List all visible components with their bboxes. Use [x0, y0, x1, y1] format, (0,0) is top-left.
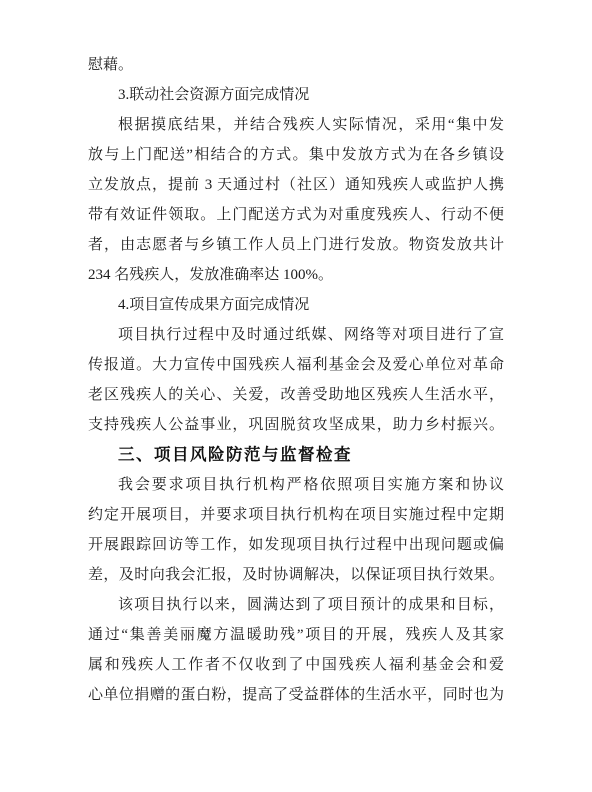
subsection-heading: 3.联动社会资源方面完成情况: [88, 80, 504, 110]
text-line: 者，由志愿者与乡镇工作人员上门进行发放。物资发放共计: [88, 230, 504, 260]
text-line: 传报道。大力宣传中国残疾人福利基金会及爱心单位对革命: [88, 350, 504, 380]
text-line: 支持残疾人公益事业，巩固脱贫攻坚成果，助力乡村振兴。: [88, 410, 504, 440]
text-line: 项目执行过程中及时通过纸媒、网络等对项目进行了宣: [88, 320, 504, 350]
text-line: 带有效证件领取。上门配送方式为对重度残疾人、行动不便: [88, 200, 504, 230]
text-line: 放与上门配送”相结合的方式。集中发放方式为在各乡镇设: [88, 140, 504, 170]
text-line: 通过“集善美丽魔方温暖助残”项目的开展，残疾人及其家: [88, 620, 504, 650]
text-line: 该项目执行以来，圆满达到了项目预计的成果和目标，: [88, 590, 504, 620]
text-line: 属和残疾人工作者不仅收到了中国残疾人福利基金会和爱: [88, 650, 504, 680]
text-line: 老区残疾人的关心、关爱，改善受助地区残疾人生活水平，: [88, 380, 504, 410]
section-heading: 三、项目风险防范与监督检查: [88, 440, 504, 470]
document-page: 慰藉。 3.联动社会资源方面完成情况 根据摸底结果，并结合残疾人实际情况，采用“…: [0, 0, 592, 792]
text-line: 差，及时向我会汇报，及时协调解决，以保证项目执行效果。: [88, 560, 504, 590]
document-body: 慰藉。 3.联动社会资源方面完成情况 根据摸底结果，并结合残疾人实际情况，采用“…: [88, 50, 504, 710]
text-line: 开展跟踪回访等工作，如发现项目执行过程中出现问题或偏: [88, 530, 504, 560]
text-line: 心单位捐赠的蛋白粉，提高了受益群体的生活水平，同时也为: [88, 680, 504, 710]
subsection-heading: 4.项目宣传成果方面完成情况: [88, 290, 504, 320]
text-line: 慰藉。: [88, 50, 504, 80]
text-line: 234 名残疾人，发放准确率达 100%。: [88, 260, 504, 290]
text-line: 立发放点，提前 3 天通过村（社区）通知残疾人或监护人携: [88, 170, 504, 200]
text-line: 根据摸底结果，并结合残疾人实际情况，采用“集中发: [88, 110, 504, 140]
text-line: 我会要求项目执行机构严格依照项目实施方案和协议: [88, 470, 504, 500]
text-line: 约定开展项目，并要求项目执行机构在项目实施过程中定期: [88, 500, 504, 530]
